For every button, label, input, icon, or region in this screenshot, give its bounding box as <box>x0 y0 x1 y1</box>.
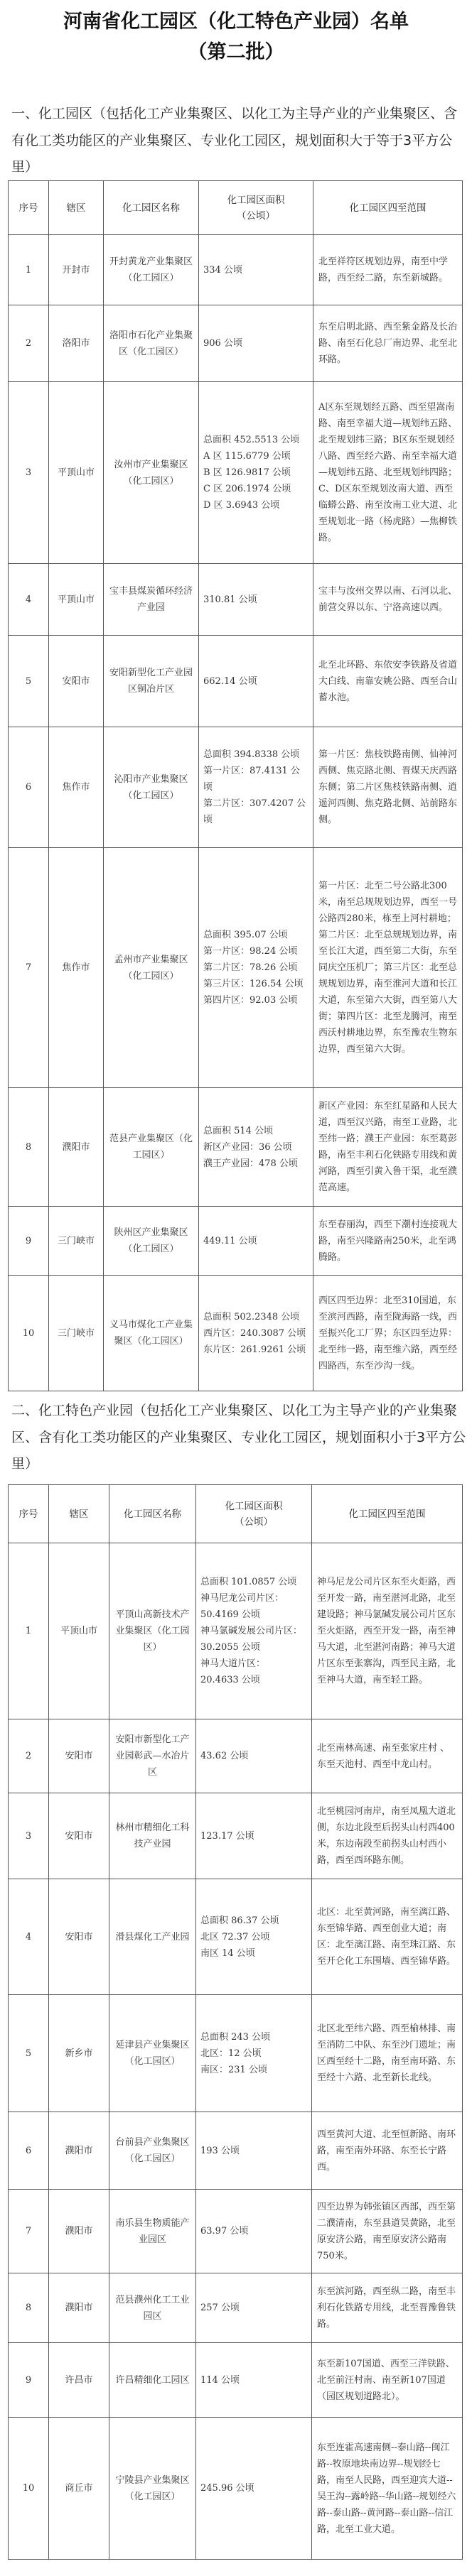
cell-range: 北至南林高速、南至张家庄村 、东至天池村、西至中龙山村。 <box>312 1719 463 1793</box>
cell-name: 沁阳市产业集聚区（化工园区） <box>104 727 199 848</box>
area-line: 总面积 243 公顷 <box>200 2029 307 2045</box>
area-line: 257 公顷 <box>200 2300 307 2316</box>
cell-num: 5 <box>9 1995 49 2112</box>
area-line: 310.81 公顷 <box>203 592 309 608</box>
cell-name: 宝丰县煤炭循环经济产业园 <box>104 564 199 636</box>
cell-district: 安阳市 <box>49 1879 109 1995</box>
area-line: 总面积 395.07 公顷 <box>203 927 309 943</box>
cell-name: 汝州市产业集聚区（化工园区） <box>104 382 199 564</box>
cell-district: 濮阳市 <box>49 2273 109 2343</box>
cell-name: 陕州区产业集聚区（化工园区） <box>104 1207 199 1276</box>
cell-name: 滑县煤化工产业园 <box>109 1879 196 1995</box>
area-line: 总面积 514 公顷 <box>203 1123 309 1139</box>
cell-district: 洛阳市 <box>49 305 104 382</box>
cell-area: 662.14 公顷 <box>199 636 313 727</box>
table-row: 1平顶山市平顶山高新技术产业集聚区（化工园区）总面积 101.0857 公顷神马… <box>9 1543 463 1719</box>
header-district: 辖区 <box>49 1485 109 1543</box>
section2-table: 序号 辖区 化工园区名称 化工园区面积（公顷） 化工园区四至范围 1平顶山市平顶… <box>8 1484 463 2560</box>
cell-range: 新区产业园：东至红星路和人民大道，西至汉兴路，南至工业路，北至纬一路；濮王产业园… <box>313 1088 463 1207</box>
cell-range: 神马尼龙公司片区东至火炬路，西至开发一路，南至湛河北路，北至建设路；神马氯碱发展… <box>312 1543 463 1719</box>
table-row: 4安阳市滑县煤化工产业园总面积 86.37 公顷北区 72.37 公顷南区 14… <box>9 1879 463 1995</box>
cell-name: 平顶山高新技术产业集聚区（化工园区） <box>109 1543 196 1719</box>
table-row: 2安阳市安阳市新型化工产业园彰武—水冶片区43.62 公顷北至南林高速、南至张家… <box>9 1719 463 1793</box>
area-line: 114 公顷 <box>200 2372 307 2388</box>
cell-name: 延津县产业集聚区（化工园区） <box>109 1995 196 2112</box>
cell-range: 西区四至边界：北至310国道，东至滨河西路，南至陇海路一线，西至振兴化工厂界；东… <box>313 1276 463 1391</box>
area-line: 总面积 502.2348 公顷 <box>203 1309 309 1325</box>
cell-district: 平顶山市 <box>49 382 104 564</box>
table-row: 7焦作市孟州市产业集聚区（化工园区）总面积 395.07 公顷第一片区：98.2… <box>9 848 463 1088</box>
cell-name: 开封黄龙产业集聚区（化工园区） <box>104 235 199 305</box>
area-line: 总面积 394.8338 公顷 <box>203 746 309 763</box>
cell-area: 193 公顷 <box>196 2112 312 2190</box>
area-line: 东片区：261.9261 公顷 <box>203 1342 309 1358</box>
area-line: 神马大道片区： <box>200 1656 307 1672</box>
area-line: C 区 206.1974 公顷 <box>203 481 309 497</box>
cell-num: 1 <box>9 1543 49 1719</box>
cell-district: 濮阳市 <box>49 2190 109 2273</box>
area-line: 906 公顷 <box>203 335 309 352</box>
cell-name: 孟州市产业集聚区（化工园区） <box>104 848 199 1088</box>
cell-num: 10 <box>9 2418 49 2560</box>
area-line: 662.14 公顷 <box>203 673 309 690</box>
area-line: D 区 3.6943 公顷 <box>203 497 309 513</box>
area-line: 新区产业园：36 公顷 <box>203 1139 309 1156</box>
cell-district: 新乡市 <box>49 1995 109 2112</box>
header-name: 化工园区名称 <box>104 181 199 235</box>
cell-range: 宝丰与汝州交界以南、石河以北、前营交界以东、宁洛高速以西。 <box>313 564 463 636</box>
area-line: 总面积 86.37 公顷 <box>200 1913 307 1929</box>
header-area: 化工园区面积（公顷） <box>196 1485 312 1543</box>
cell-area: 总面积 394.8338 公顷第一片区：87.4131 公顷第二片区：307.4… <box>199 727 313 848</box>
cell-num: 3 <box>9 1793 49 1879</box>
area-line: 南区：231 公顷 <box>200 2062 307 2078</box>
cell-name: 义马市煤化工产业集聚区（化工园区） <box>104 1276 199 1391</box>
cell-range: 西至黄河大道、北至恒新路、南环路，南至南外环路、东至长宁路西。 <box>312 2112 463 2190</box>
cell-area: 总面积 514 公顷新区产业园：36 公顷濮王产业园：478 公顷 <box>199 1088 313 1207</box>
cell-area: 总面积 502.2348 公顷西片区：240.3087 公顷东片区：261.92… <box>199 1276 313 1391</box>
table-row: 5新乡市延津县产业集聚区（化工园区）总面积 243 公顷北区：12 公顷南区：2… <box>9 1995 463 2112</box>
cell-area: 总面积 101.0857 公顷神马尼龙公司片区：50.4169 公顷神马氯碱发展… <box>196 1543 312 1719</box>
table-header-row: 序号 辖区 化工园区名称 化工园区面积（公顷） 化工园区四至范围 <box>9 1485 463 1543</box>
table-row: 8濮阳市范县产业集聚区（化工园区）总面积 514 公顷新区产业园：36 公顷濮王… <box>9 1088 463 1207</box>
header-name: 化工园区名称 <box>109 1485 196 1543</box>
table-row: 4平顶山市宝丰县煤炭循环经济产业园310.81 公顷宝丰与汝州交界以南、石河以北… <box>9 564 463 636</box>
header-range: 化工园区四至范围 <box>313 181 463 235</box>
cell-num: 7 <box>9 2190 49 2273</box>
header-num: 序号 <box>9 1485 49 1543</box>
area-line: 神马氯碱发展公司片区：30.2055 公顷 <box>200 1623 307 1656</box>
cell-range: 北至北环路、东依安李铁路及省道大白线、南靠安姚公路、西至合山蓄水池。 <box>313 636 463 727</box>
cell-district: 三门峡市 <box>49 1207 104 1276</box>
area-line: B 区 126.9817 公顷 <box>203 464 309 481</box>
area-line: 北区 72.37 公顷 <box>200 1929 307 1945</box>
cell-area: 123.17 公顷 <box>196 1793 312 1879</box>
cell-num: 10 <box>9 1276 49 1391</box>
cell-district: 三门峡市 <box>49 1276 104 1391</box>
section1-table: 序号 辖区 化工园区名称 化工园区面积（公顷） 化工园区四至范围 1开封市开封黄… <box>8 180 463 1391</box>
table-row: 9许昌市许昌精细化工园区114 公顷东至新107国道、西至三洋铁路、北至前汪村南… <box>9 2343 463 2418</box>
cell-num: 5 <box>9 636 49 727</box>
table-row: 8濮阳市范县濮州化工工业园区257 公顷东至滨河路，西至纵二路，南至丰利石化铁路… <box>9 2273 463 2343</box>
cell-district: 焦作市 <box>49 848 104 1088</box>
header-district: 辖区 <box>49 181 104 235</box>
cell-range: 东至春丽沟，西至下潮村连接观大路，南至兴隆路南250米，北至鸿腾路。 <box>313 1207 463 1276</box>
table-row: 10商丘市宁陵县产业集聚区（化工园区）245.96 公顷东至连霍高速南侧--泰山… <box>9 2418 463 2560</box>
cell-num: 6 <box>9 727 49 848</box>
table-header-row: 序号 辖区 化工园区名称 化工园区面积（公顷） 化工园区四至范围 <box>9 181 463 235</box>
area-line: 北区：12 公顷 <box>200 2045 307 2062</box>
cell-district: 安阳市 <box>49 636 104 727</box>
cell-num: 8 <box>9 1088 49 1207</box>
cell-range: 东至滨河路，西至纵二路，南至丰利石化铁路专用线，北至晋豫鲁铁路。 <box>312 2273 463 2343</box>
section1-heading: 一、化工园区（包括化工产业集聚区、以化工为主导产业的产业集聚区、含有化工类功能区… <box>11 101 466 181</box>
cell-num: 2 <box>9 305 49 382</box>
cell-name: 安阳新型化工产业园区铜冶片区 <box>104 636 199 727</box>
area-line: 449.11 公顷 <box>203 1233 309 1249</box>
table-row: 9三门峡市陕州区产业集聚区（化工园区）449.11 公顷东至春丽沟，西至下潮村连… <box>9 1207 463 1276</box>
table-row: 7濮阳市南乐县生物质能产业园区63.97 公顷四至边界为韩张镇区西部，西至第二濮… <box>9 2190 463 2273</box>
cell-area: 43.62 公顷 <box>196 1719 312 1793</box>
cell-num: 3 <box>9 382 49 564</box>
area-line: 第三片区：126.54 公顷 <box>203 976 309 992</box>
cell-num: 6 <box>9 2112 49 2190</box>
header-num: 序号 <box>9 181 49 235</box>
area-line: A 区 115.6779 公顷 <box>203 448 309 464</box>
cell-area: 245.96 公顷 <box>196 2418 312 2560</box>
cell-num: 8 <box>9 2273 49 2343</box>
cell-range: 四至边界为韩张镇区西部，西至第二濮清南，东至县道吴黄路，北至原安济公路，南至原安… <box>312 2190 463 2273</box>
document-title-line1: 河南省化工园区（化工特色产业园）名单 <box>0 6 472 33</box>
cell-district: 平顶山市 <box>49 1543 109 1719</box>
area-line: 193 公顷 <box>200 2143 307 2159</box>
cell-district: 濮阳市 <box>49 2112 109 2190</box>
area-line: 245.96 公顷 <box>200 2480 307 2496</box>
area-line: 第四片区：92.03 公顷 <box>203 992 309 1009</box>
cell-area: 257 公顷 <box>196 2273 312 2343</box>
cell-name: 台前县产业集聚区（化工园区） <box>109 2112 196 2190</box>
cell-range: 第一片区：北至二号公路北300米，南至总规规划边界，西至一号公路西280米，栋至… <box>313 848 463 1088</box>
cell-name: 许昌精细化工园区 <box>109 2343 196 2418</box>
cell-area: 总面积 86.37 公顷北区 72.37 公顷南区 14 公顷 <box>196 1879 312 1995</box>
table-row: 3平顶山市汝州市产业集聚区（化工园区）总面积 452.5513 公顷A 区 11… <box>9 382 463 564</box>
cell-district: 焦作市 <box>49 727 104 848</box>
cell-name: 范县濮州化工工业园区 <box>109 2273 196 2343</box>
area-line: 43.62 公顷 <box>200 1748 307 1764</box>
cell-range: 北区：北至黄河路，南至漓江路、东至锦华路、西至创业大道；南区：北至漓江路、南至珠… <box>312 1879 463 1995</box>
header-range: 化工园区四至范围 <box>312 1485 463 1543</box>
cell-num: 7 <box>9 848 49 1088</box>
area-line: 南区 14 公顷 <box>200 1945 307 1962</box>
cell-district: 许昌市 <box>49 2343 109 2418</box>
cell-range: 东至连霍高速南侧--泰山路--闽江路--牧原地块南边界--规划经七路，南至人民路… <box>312 2418 463 2560</box>
area-line: 123.17 公顷 <box>200 1828 307 1844</box>
table-row: 6濮阳市台前县产业集聚区（化工园区）193 公顷西至黄河大道、北至恒新路、南环路… <box>9 2112 463 2190</box>
cell-name: 范县产业集聚区（化工园区） <box>104 1088 199 1207</box>
cell-area: 总面积 452.5513 公顷A 区 115.6779 公顷B 区 126.98… <box>199 382 313 564</box>
header-area: 化工园区面积（公顷） <box>199 181 313 235</box>
area-line: 50.4169 公顷 <box>200 1607 307 1623</box>
cell-district: 安阳市 <box>49 1793 109 1879</box>
cell-district: 濮阳市 <box>49 1088 104 1207</box>
cell-range: 东至启明北路、西至紫金路及长治路、南至石化总厂南边界、北至北环路。 <box>313 305 463 382</box>
table-row: 1开封市开封黄龙产业集聚区（化工园区）334 公顷北至祥符区规划边界，南至中学路… <box>9 235 463 305</box>
cell-district: 商丘市 <box>49 2418 109 2560</box>
area-line: 濮王产业园：478 公顷 <box>203 1156 309 1172</box>
area-line: 20.4633 公顷 <box>200 1672 307 1688</box>
cell-area: 总面积 243 公顷北区：12 公顷南区：231 公顷 <box>196 1995 312 2112</box>
cell-name: 南乐县生物质能产业园区 <box>109 2190 196 2273</box>
cell-num: 4 <box>9 1879 49 1995</box>
area-line: 第二片区：78.26 公顷 <box>203 960 309 976</box>
cell-district: 平顶山市 <box>49 564 104 636</box>
cell-name: 洛阳市石化产业集聚区（化工园区） <box>104 305 199 382</box>
table-row: 10三门峡市义马市煤化工产业集聚区（化工园区）总面积 502.2348 公顷西片… <box>9 1276 463 1391</box>
cell-area: 310.81 公顷 <box>199 564 313 636</box>
cell-name: 林州市精细化工科技产业园 <box>109 1793 196 1879</box>
cell-range: 北区北至纬六路、西至榆林排、南至消防二中队、东至沙门遗址；南区西至经十二路，南至… <box>312 1995 463 2112</box>
cell-range: 北至祥符区规划边界，南至中学路，西至经二路，东至新城路。 <box>313 235 463 305</box>
area-line: 总面积 101.0857 公顷 <box>200 1574 307 1590</box>
area-line: 神马尼龙公司片区： <box>200 1590 307 1607</box>
cell-range: 东至新107国道、西至三洋铁路、北至前汪村南、南至新107国道（园区规划道路北）… <box>312 2343 463 2418</box>
table-row: 6焦作市沁阳市产业集聚区（化工园区）总面积 394.8338 公顷第一片区：87… <box>9 727 463 848</box>
cell-num: 9 <box>9 1207 49 1276</box>
cell-area: 334 公顷 <box>199 235 313 305</box>
cell-num: 2 <box>9 1719 49 1793</box>
document-title-line2: （第二批） <box>0 36 472 64</box>
cell-name: 宁陵县产业集聚区（化工园区） <box>109 2418 196 2560</box>
cell-num: 4 <box>9 564 49 636</box>
cell-area: 449.11 公顷 <box>199 1207 313 1276</box>
cell-area: 114 公顷 <box>196 2343 312 2418</box>
table-row: 5安阳市安阳新型化工产业园区铜冶片区662.14 公顷北至北环路、东依安李铁路及… <box>9 636 463 727</box>
area-line: 西片区：240.3087 公顷 <box>203 1325 309 1342</box>
table-row: 2洛阳市洛阳市石化产业集聚区（化工园区）906 公顷东至启明北路、西至紫金路及长… <box>9 305 463 382</box>
cell-area: 总面积 395.07 公顷第一片区：98.24 公顷第二片区：78.26 公顷第… <box>199 848 313 1088</box>
section2-heading: 二、化工特色产业园（包括化工产业集聚区、以化工为主导产业的产业集聚区、含有化工类… <box>11 1398 466 1478</box>
cell-num: 9 <box>9 2343 49 2418</box>
cell-range: 第一片区：焦枝铁路南侧、仙神河西侧、焦克路北侧、晋煤天庆西路东侧；第二片区焦枝铁… <box>313 727 463 848</box>
cell-range: A区东至规划经五路、西至望嵩南路、南至幸福大道—规划纬五路、北至规划纬三路；B区… <box>313 382 463 564</box>
cell-range: 北至桃园河南岸，南至凤凰大道北侧，东边北段至后拐头山村西400米，东边南段至前拐… <box>312 1793 463 1879</box>
area-line: 第一片区：98.24 公顷 <box>203 943 309 960</box>
area-line: 334 公顷 <box>203 262 309 278</box>
cell-district: 开封市 <box>49 235 104 305</box>
cell-area: 906 公顷 <box>199 305 313 382</box>
cell-district: 安阳市 <box>49 1719 109 1793</box>
area-line: 63.97 公顷 <box>200 2223 307 2239</box>
area-line: 总面积 452.5513 公顷 <box>203 432 309 448</box>
cell-num: 1 <box>9 235 49 305</box>
cell-name: 安阳市新型化工产业园彰武—水冶片区 <box>109 1719 196 1793</box>
table-row: 3安阳市林州市精细化工科技产业园123.17 公顷北至桃园河南岸，南至凤凰大道北… <box>9 1793 463 1879</box>
area-line: 第一片区：87.4131 公顷 <box>203 763 309 795</box>
area-line: 第二片区：307.4207 公顷 <box>203 795 309 828</box>
cell-area: 63.97 公顷 <box>196 2190 312 2273</box>
